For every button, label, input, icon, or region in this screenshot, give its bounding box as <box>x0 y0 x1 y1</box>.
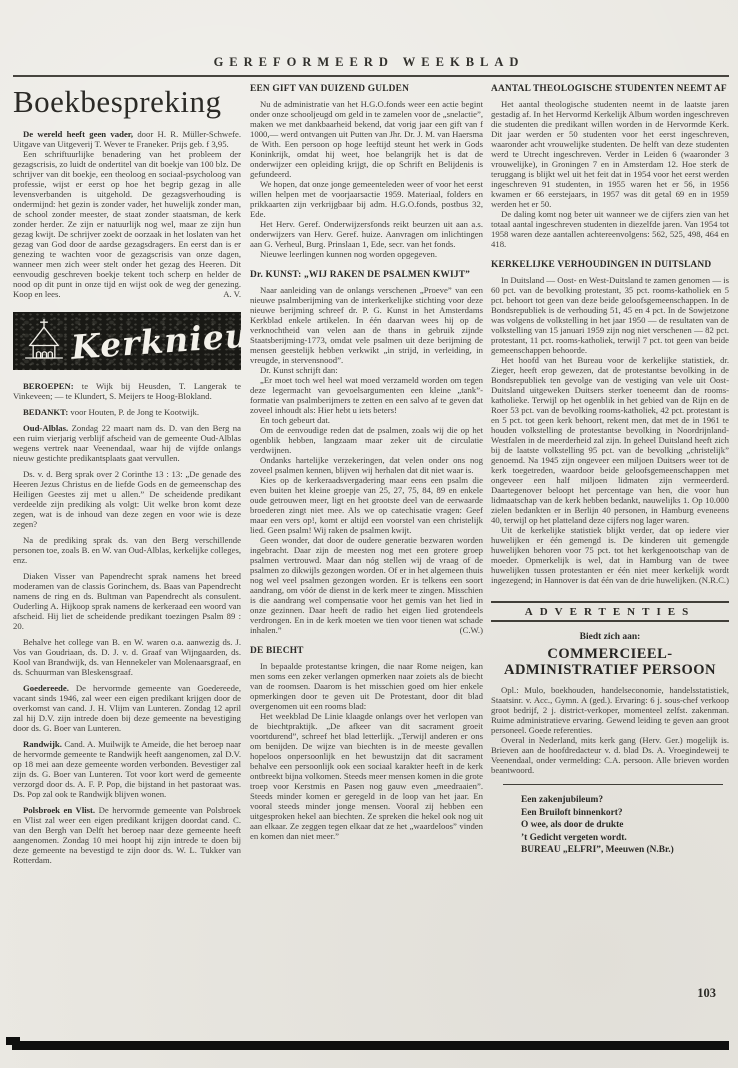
header-rule <box>13 75 729 77</box>
article-heading: KERKELIJKE VERHOUDINGEN IN DUITSLAND <box>491 260 729 271</box>
ad-paragraph: Opl.: Mulo, boekhouden, handelseconomie,… <box>491 685 729 735</box>
middle-sections: EEN GIFT VAN DUIZEND GULDEN Nu de admini… <box>250 84 483 841</box>
paragraph-text: In bepaalde protestantse kringen, die na… <box>250 661 483 711</box>
news-item: Diaken Visser van Papendrecht sprak name… <box>13 571 241 631</box>
ad-paragraph-text: Overal in Nederland, mits kerk gang (Her… <box>491 735 729 775</box>
paragraph-text: Nieuwe leerlingen kunnen nog worden opge… <box>260 249 437 259</box>
article-paragraphs: Nu de administratie van het H.G.O.fonds … <box>250 99 483 259</box>
news-item: Oud-Alblas. Zondag 22 maart nam ds. D. v… <box>13 423 241 463</box>
advertenties-banner: ADVERTENTIES <box>491 601 729 622</box>
news-item-lead: Randwijk. <box>23 739 62 749</box>
article-section: DE BIECHT In bepaalde protestantse kring… <box>250 646 483 841</box>
poem-line: Een zakenjubileum? <box>521 794 729 807</box>
church-icon <box>19 317 69 369</box>
news-item-lead: BEDANKT: <box>23 407 68 417</box>
ad-divider-rule <box>503 784 723 785</box>
paragraph: Het aantal theologische studenten neemt … <box>491 99 729 209</box>
paragraph-text: In Duitsland — Oost- en West-Duitsland t… <box>491 275 729 355</box>
news-item-lead: Goedereede. <box>23 683 69 693</box>
article-heading: EEN GIFT VAN DUIZEND GULDEN <box>250 84 483 95</box>
book-title-lead: De wereld heeft geen vader, <box>23 129 133 139</box>
paragraph-text: En toch gebeurt dat. <box>260 415 330 425</box>
article-section: EEN GIFT VAN DUIZEND GULDEN Nu de admini… <box>250 84 483 259</box>
magazine-page: GEREFORMEERD WEEKBLAD Boekbespreking De … <box>0 0 738 1068</box>
news-item: Goedereede. De hervormde gemeente van Go… <box>13 683 241 733</box>
ad-offer-line: Biedt zich aan: <box>491 632 729 642</box>
news-item-lead: Oud-Alblas. <box>23 423 68 433</box>
paragraph: En toch gebeurt dat. <box>250 415 483 425</box>
news-item: Behalve het college van B. en W. waren o… <box>13 637 241 677</box>
paragraph-text: Het Herv. Geref. Onderwijzersfonds reikt… <box>250 219 483 249</box>
book-review-body: Een schriftuurlijke benadering van het p… <box>13 149 241 299</box>
paragraph-text: Het weekblad De Linie klaagde onlangs ov… <box>250 711 483 841</box>
article-paragraphs: Het aantal theologische studenten neemt … <box>491 99 729 249</box>
middle-column: EEN GIFT VAN DUIZEND GULDEN Nu de admini… <box>250 84 483 1036</box>
paragraph: Geen wonder, dat door de oudere generati… <box>250 535 483 635</box>
paragraph: Het hoofd van het Bureau voor de kerkeli… <box>491 355 729 525</box>
paragraph-text: Om de eenvoudige reden dat de psalmen, z… <box>250 425 483 455</box>
paragraph: Nieuwe leerlingen kunnen nog worden opge… <box>250 249 483 259</box>
news-item-lead: Polsbroek en Vlist. <box>23 805 95 815</box>
news-item-text: Na de prediking sprak ds. van den Berg v… <box>13 535 241 565</box>
news-item-text: voor Houten, P. de Jong te Kootwijk. <box>68 407 199 417</box>
paragraph: Het weekblad De Linie klaagde onlangs ov… <box>250 711 483 841</box>
paragraph-text: Kies op de kerkeraadsvergadering maar ee… <box>250 475 483 535</box>
poem-line: Een Bruiloft binnenkort? <box>521 807 729 820</box>
news-item: BEDANKT: voor Houten, P. de Jong te Koot… <box>13 407 241 417</box>
paragraph: „Er moet toch wel heel wat moed verzamel… <box>250 375 483 415</box>
paragraph-text: Nu de administratie van het H.G.O.fonds … <box>250 99 483 179</box>
news-item-text: Diaken Visser van Papendrecht sprak name… <box>13 571 241 631</box>
paragraph-text: Geen wonder, dat door de oudere generati… <box>250 535 483 635</box>
article-paragraphs: Naar aanleiding van de onlangs verschene… <box>250 285 483 635</box>
paragraph: Naar aanleiding van de onlangs verschene… <box>250 285 483 365</box>
scan-edge-bar <box>12 1041 729 1050</box>
right-column: AANTAL THEOLOGISCHE STUDENTEN NEEMT AF H… <box>491 84 729 1036</box>
paragraph: Kies op de kerkeraadsvergadering maar ee… <box>250 475 483 535</box>
news-item: BEROEPEN: te Wijk bij Heusden, T. Langer… <box>13 381 241 401</box>
paragraph-text: Het hoofd van het Bureau voor de kerkeli… <box>491 355 729 525</box>
news-item-text: Behalve het college van B. en W. waren o… <box>13 637 241 677</box>
article-section: AANTAL THEOLOGISCHE STUDENTEN NEEMT AF H… <box>491 84 729 249</box>
paragraph: We hopen, dat onze jonge gemeenteleden w… <box>250 179 483 219</box>
review-signature: A. V. <box>223 289 241 299</box>
article-heading: DE BIECHT <box>250 646 483 657</box>
article-section: KERKELIJKE VERHOUDINGEN IN DUITSLAND In … <box>491 260 729 585</box>
paragraph: Het Herv. Geref. Onderwijzersfonds reikt… <box>250 219 483 249</box>
ad-body: Opl.: Mulo, boekhouden, handelseconomie,… <box>491 685 729 775</box>
masthead-title: GEREFORMEERD WEEKBLAD <box>0 55 738 70</box>
article-paragraphs: In bepaalde protestantse kringen, die na… <box>250 661 483 841</box>
boekbespreking-title: Boekbespreking <box>13 86 241 117</box>
poem-ad: Een zakenjubileum?Een Bruiloft binnenkor… <box>521 794 729 857</box>
paragraph-text: Dr. Kunst schrijft dan: <box>260 365 338 375</box>
paragraph: De daling komt nog beter uit wanneer we … <box>491 209 729 249</box>
paragraph: Dr. Kunst schrijft dan: <box>250 365 483 375</box>
paragraph-signature: (N.R.C.) <box>699 575 729 585</box>
book-intro: De wereld heeft geen vader, door H. R. M… <box>13 129 241 149</box>
article-section: Dr. KUNST: „WIJ RAKEN DE PSALMEN KWIJT” … <box>250 270 483 635</box>
kerknieuws-banner-title: Kerknieuws <box>71 327 241 353</box>
paragraph-text: Het aantal theologische studenten neemt … <box>491 99 729 209</box>
poem-line: BUREAU „ELFRI”, Meeuwen (N.Br.) <box>521 844 729 857</box>
paragraph-text: Uit de kerkelijke statistiek blijkt verd… <box>491 525 729 585</box>
ad-title: COMMERCIEEL-ADMINISTRATIEF PERSOON <box>491 646 729 678</box>
page-number: 103 <box>640 986 716 1001</box>
article-heading: AANTAL THEOLOGISCHE STUDENTEN NEEMT AF <box>491 84 729 95</box>
kerknieuws-banner: Kerknieuws <box>13 312 241 370</box>
review-text: Een schriftuurlijke benadering van het p… <box>13 149 241 299</box>
paragraph-text: Ondanks hartelijke verzekeringen, dat ve… <box>250 455 483 475</box>
paragraph: In Duitsland — Oost- en West-Duitsland t… <box>491 275 729 355</box>
ad-paragraph-text: Opl.: Mulo, boekhouden, handelseconomie,… <box>491 685 729 735</box>
news-item: Ds. v. d. Berg sprak over 2 Corinthe 13 … <box>13 469 241 529</box>
right-sections: AANTAL THEOLOGISCHE STUDENTEN NEEMT AF H… <box>491 84 729 585</box>
paragraph: Uit de kerkelijke statistiek blijkt verd… <box>491 525 729 585</box>
poem-line: ’t Gedicht vergeten wordt. <box>521 832 729 845</box>
paragraph: Ondanks hartelijke verzekeringen, dat ve… <box>250 455 483 475</box>
paragraph-text: We hopen, dat onze jonge gemeenteleden w… <box>250 179 483 219</box>
church-news-list: BEROEPEN: te Wijk bij Heusden, T. Langer… <box>13 381 241 865</box>
news-item: Randwijk. Cand. A. Muilwijk te Ameide, d… <box>13 739 241 799</box>
paragraph-text: „Er moet toch wel heel wat moed verzamel… <box>250 375 483 415</box>
ad-paragraph: Overal in Nederland, mits kerk gang (Her… <box>491 735 729 775</box>
poem-line: O wee, als door de drukte <box>521 819 729 832</box>
paragraph-text: Naar aanleiding van de onlangs verschene… <box>250 285 483 365</box>
article-heading: Dr. KUNST: „WIJ RAKEN DE PSALMEN KWIJT” <box>250 270 483 281</box>
article-paragraphs: In Duitsland — Oost- en West-Duitsland t… <box>491 275 729 585</box>
news-item: Na de prediking sprak ds. van den Berg v… <box>13 535 241 565</box>
paragraph: In bepaalde protestantse kringen, die na… <box>250 661 483 711</box>
news-item-lead: BEROEPEN: <box>23 381 74 391</box>
paragraph: Nu de administratie van het H.G.O.fonds … <box>250 99 483 179</box>
news-item: Polsbroek en Vlist. De hervormde gemeent… <box>13 805 241 865</box>
paragraph: Om de eenvoudige reden dat de psalmen, z… <box>250 425 483 455</box>
news-item-text: Ds. v. d. Berg sprak over 2 Corinthe 13 … <box>13 469 241 529</box>
left-column: Boekbespreking De wereld heeft geen vade… <box>13 84 241 1036</box>
paragraph-signature: (C.W.) <box>460 625 483 635</box>
paragraph-text: De daling komt nog beter uit wanneer we … <box>491 209 729 249</box>
